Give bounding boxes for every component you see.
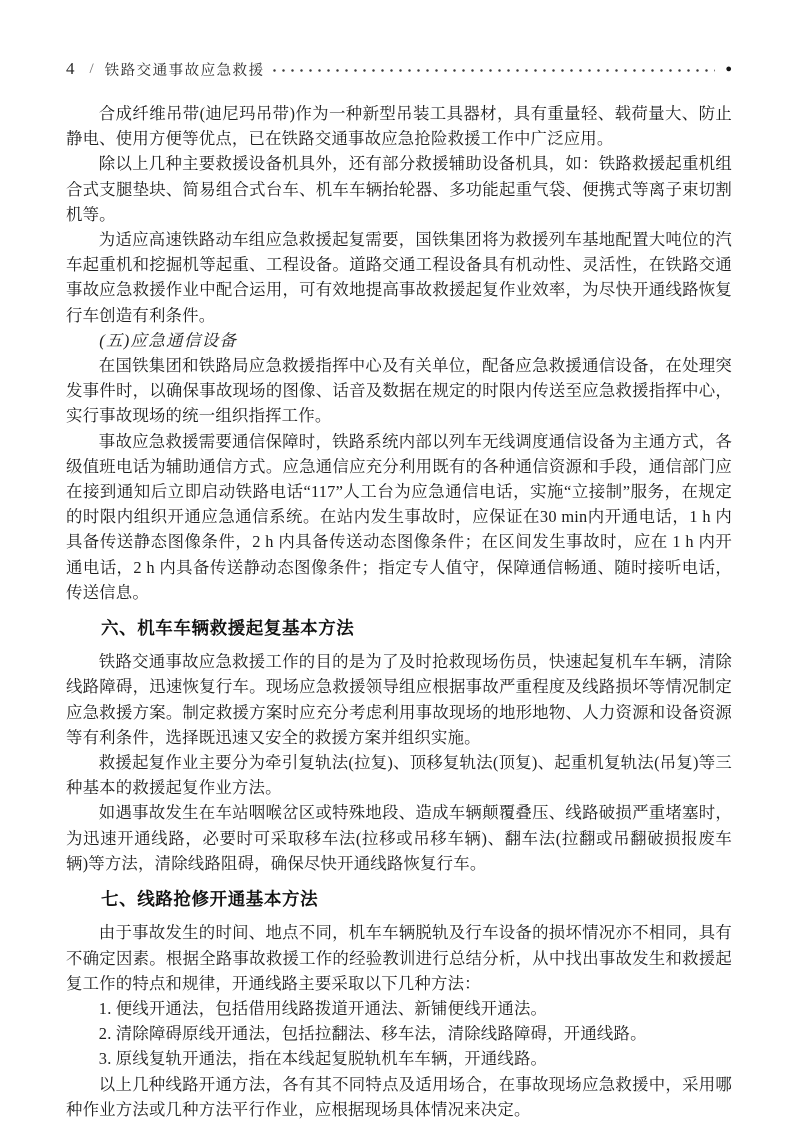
paragraph-auxiliary-equipment: 除以上几种主要救援设备机具外，还有部分救援辅助设备机具，如：铁路救援起重机组合式… [66, 151, 732, 227]
section-heading-6-rerailing-methods: 六、机车车辆救援起复基本方法 [66, 616, 732, 641]
list-item-1: 1. 便线开通法，包括借用线路拨道开通法、新铺便线开通法。 [66, 996, 732, 1021]
running-title: 铁路交通事故应急救援 [105, 59, 265, 80]
dotted-leader [273, 69, 716, 72]
paragraph-comms-command-center: 在国铁集团和铁路局应急救援指挥中心及有关单位，配备应急救援通信设备，在处理突发事… [66, 353, 732, 429]
book-page: 4 / 铁路交通事故应急救援 ● 合成纤维吊带(迪尼玛吊带)作为一种新型吊装工具… [0, 0, 800, 1130]
list-item-2: 2. 清除障碍原线开通法，包括拉翻法、移车法，清除线路障碍，开通线路。 [66, 1021, 732, 1046]
header-bullet-icon: ● [725, 58, 732, 80]
page-number: 4 [66, 58, 75, 80]
section-heading-7-line-repair-methods: 七、线路抢修开通基本方法 [66, 887, 732, 912]
page-body: 合成纤维吊带(迪尼玛吊带)作为一种新型吊装工具器材，具有重量轻、载荷量大、防止静… [66, 101, 732, 1122]
paragraph-rerailing-types: 救援起复作业主要分为牵引复轨法(拉复)、顶移复轨法(顶复)、起重机复轨法(吊复)… [66, 750, 732, 800]
paragraph-road-equipment: 为适应高速铁路动车组应急救援起复需要，国铁集团将为救援列车基地配置大吨位的汽车起… [66, 227, 732, 328]
running-header: 4 / 铁路交通事故应急救援 ● [66, 58, 732, 80]
list-item-3: 3. 原线复轨开通法，指在本线起复脱轨机车车辆，开通线路。 [66, 1046, 732, 1071]
paragraph-comms-guarantee: 事故应急救援需要通信保障时，铁路系统内部以列车无线调度通信设备为主通方式，各级值… [66, 429, 732, 605]
paragraph-method-selection: 以上几种线路开通方法，各有其不同特点及适用场合，在事故现场应急救援中，采用哪种作… [66, 1072, 732, 1122]
paragraph-rescue-purpose: 铁路交通事故应急救援工作的目的是为了及时抢救现场伤员，快速起复机车车辆，清除线路… [66, 649, 732, 750]
header-separator: / [90, 61, 94, 78]
subsection-heading-emergency-comms: (五)应急通信设备 [66, 328, 732, 353]
paragraph-line-repair-intro: 由于事故发生的时间、地点不同，机车车辆脱轨及行车设备的损坏情况亦不相同，具有不确… [66, 920, 732, 996]
paragraph-sling-belt: 合成纤维吊带(迪尼玛吊带)作为一种新型吊装工具器材，具有重量轻、载荷量大、防止静… [66, 101, 732, 151]
paragraph-special-cases: 如遇事故发生在车站咽喉岔区或特殊地段、造成车辆颠覆叠压、线路破损严重堵塞时，为迅… [66, 800, 732, 876]
